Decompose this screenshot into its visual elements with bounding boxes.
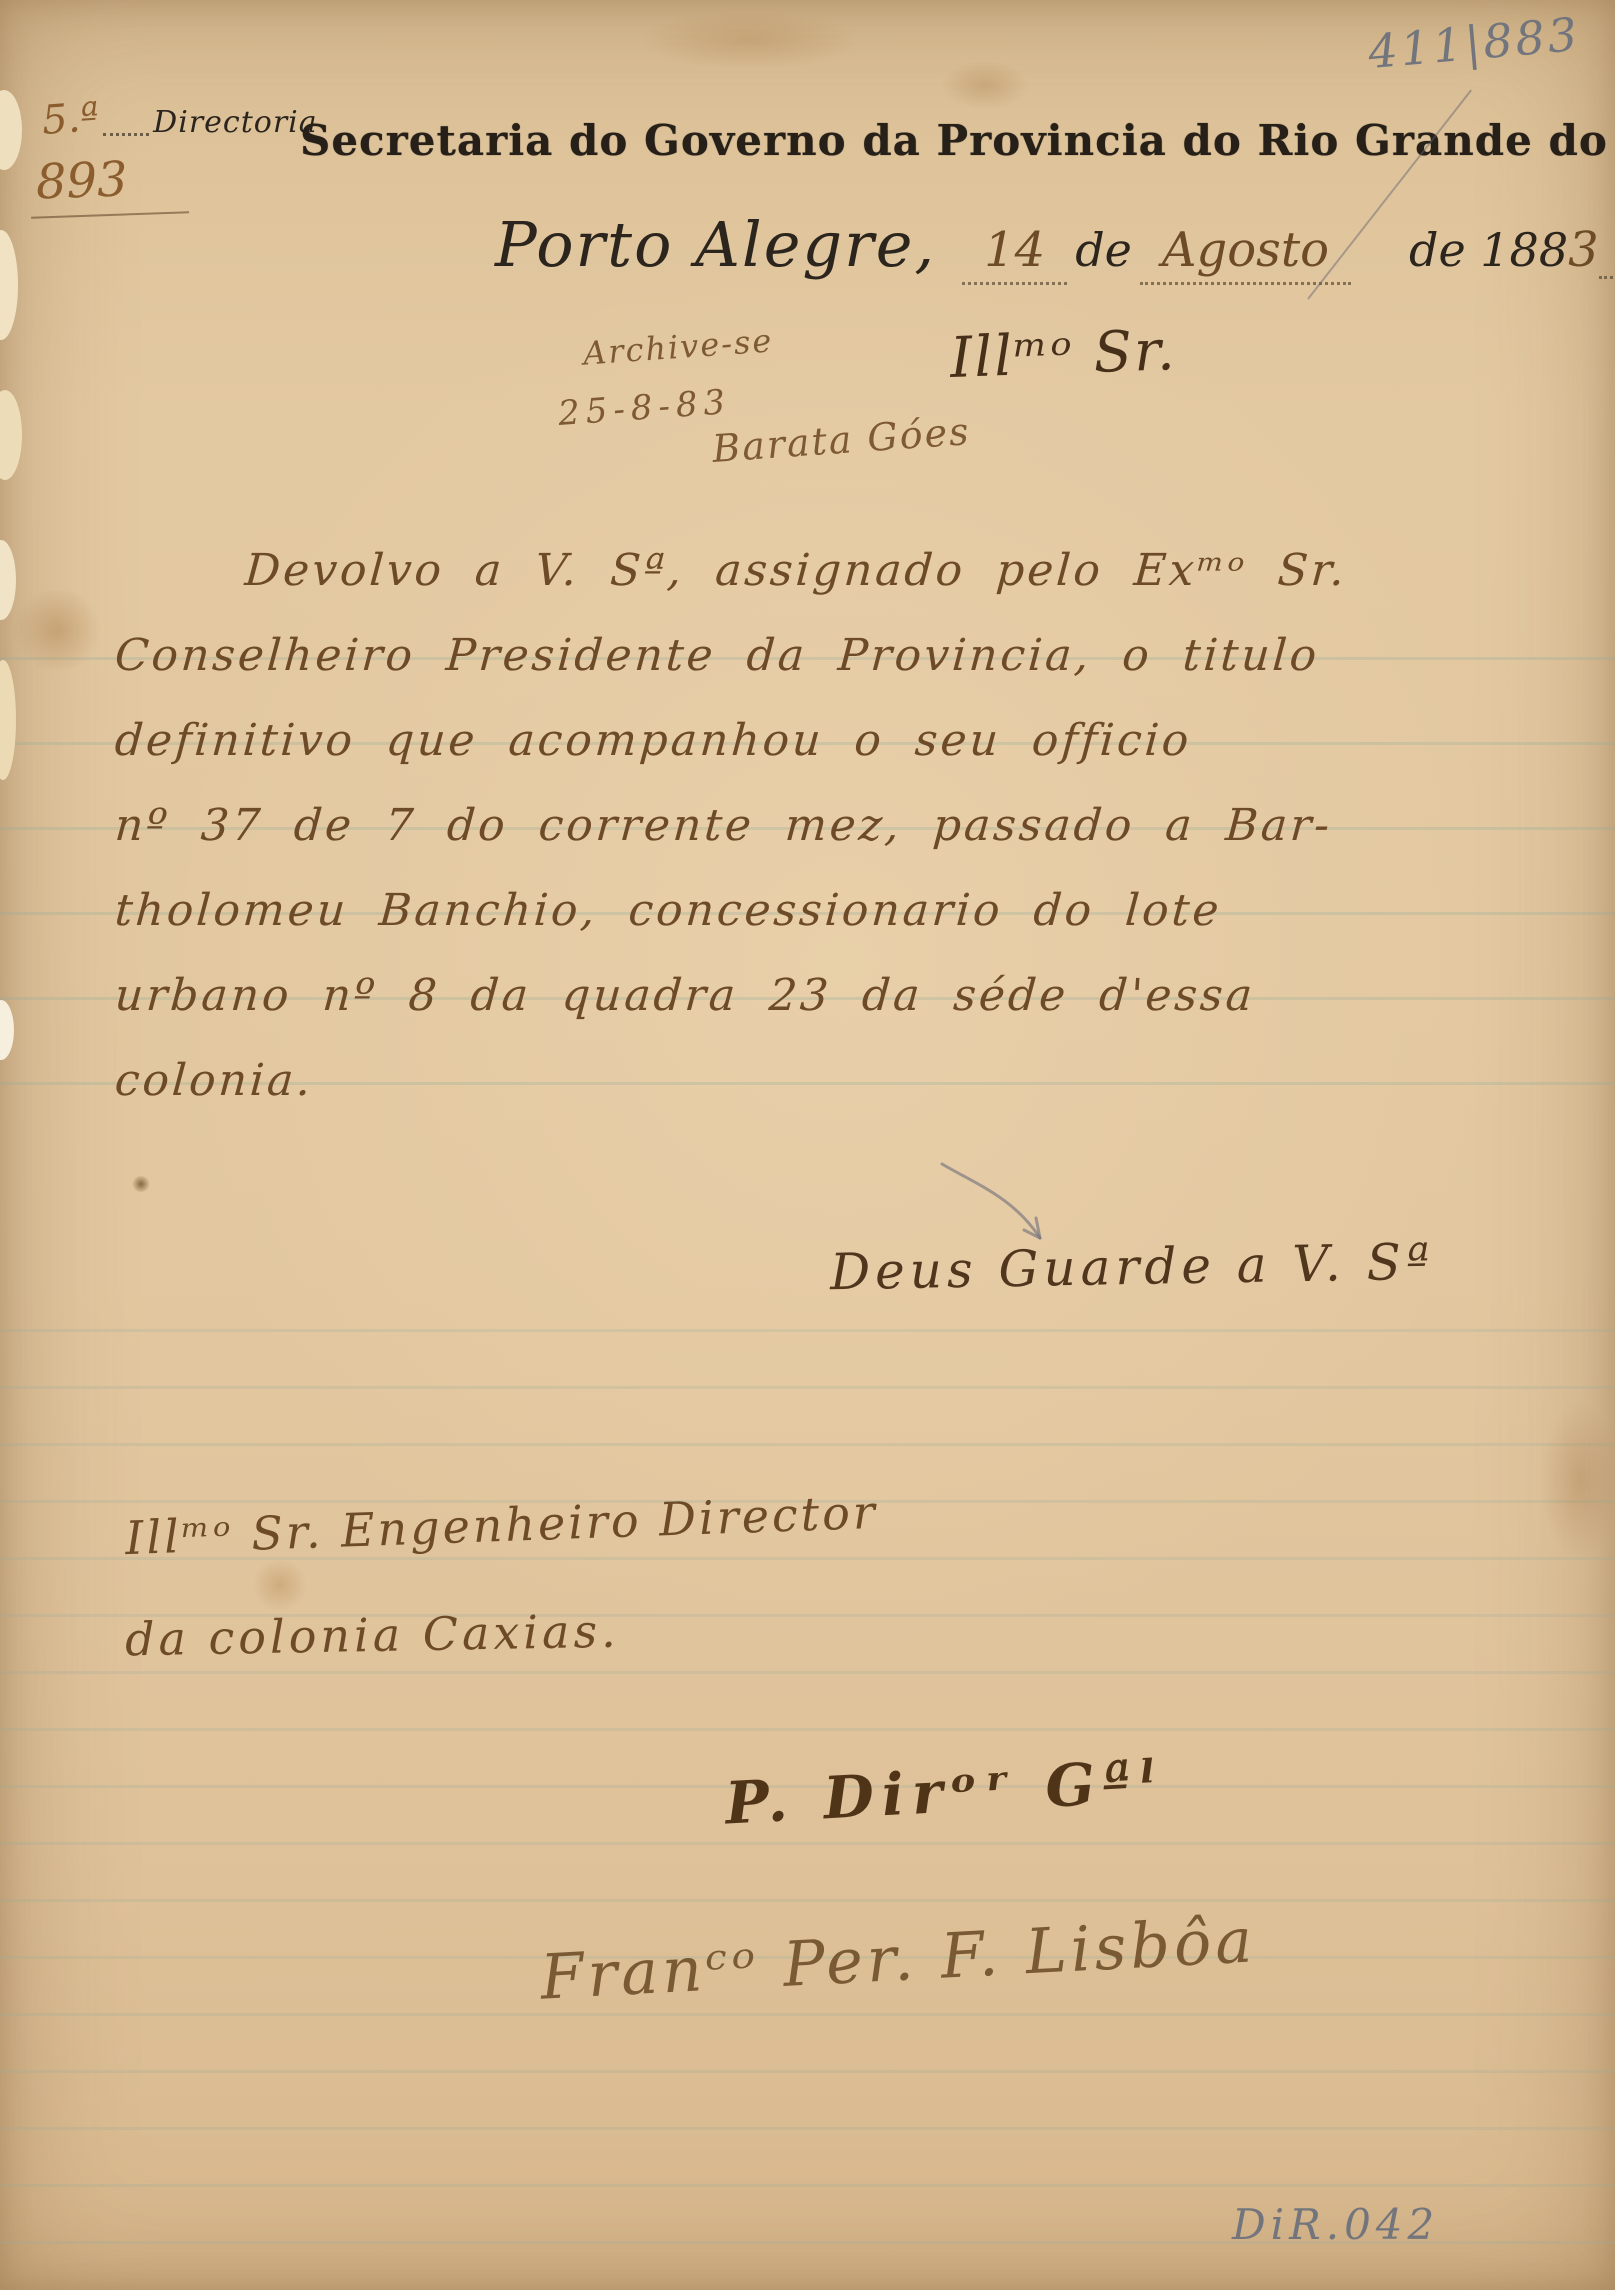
paper-stain (10, 590, 105, 670)
body-line: urbano nº 8 da quadra 23 da séde d'essa (112, 953, 1350, 1038)
dateline-place: Porto Alegre, (495, 208, 936, 281)
torn-edge (0, 1000, 14, 1060)
directorate-line: 5.ª Directoria (42, 96, 318, 142)
letter-body: Devolvo a V. Sª, assignado pelo Exᵐᵒ Sr.… (115, 528, 1347, 1123)
torn-edge (0, 540, 16, 620)
dateline-de: de (1075, 223, 1132, 277)
directorate-number: 5.ª (40, 94, 100, 144)
paper-stain (640, 10, 860, 70)
dateline-de-188: de 188 (1409, 223, 1568, 277)
torn-edge (0, 90, 22, 170)
body-line: Devolvo a V. Sª, assignado pelo Exᵐᵒ Sr. (112, 528, 1350, 613)
addressee-line-2: da colonia Caxias. (125, 1604, 621, 1667)
body-line: definitivo que acompanhou o seu officio (112, 698, 1350, 783)
letterhead-title: Secretaria do Governo da Provincia do Ri… (300, 116, 1600, 165)
torn-edge (0, 390, 22, 480)
body-line: colonia. (112, 1038, 1350, 1123)
directorate-label: Directoria (153, 105, 317, 140)
paper-stain (250, 1560, 310, 1610)
paper-stain (1540, 1400, 1615, 1560)
dotted-line (1599, 276, 1615, 279)
torn-edge (0, 660, 16, 780)
dispatch-order: Archive-se (582, 321, 775, 372)
signature-title: P. Dirᵒʳ Gªˡ (724, 1747, 1166, 1838)
addressee-line-1: Illᵐᵒ Sr. Engenheiro Director (124, 1485, 878, 1565)
dateline-day: 14 (962, 222, 1067, 285)
paper-stain (132, 1176, 150, 1192)
body-line: Conselheiro Presidente da Provincia, o t… (112, 613, 1350, 698)
archival-number-annotation: 411|883 (1366, 7, 1582, 79)
protocol-number: 893 (29, 149, 189, 218)
signature-name: Franᶜᵒ Per. F. Lisbôa (539, 1903, 1258, 2013)
dateline-year-digit: 3 (1568, 222, 1599, 278)
dateline-month: Agosto (1140, 222, 1351, 285)
body-line: tholomeu Banchio, concessionario do lote (112, 868, 1350, 953)
salutation: Illᵐᵒ Sr. (949, 318, 1178, 391)
dispatch-date: 25-8-83 (557, 382, 733, 434)
dispatch-signature: Barata Góes (711, 409, 972, 471)
manuscript-page: 411|883 5.ª Directoria 893 Secretaria do… (0, 0, 1615, 2290)
paper-stain (940, 60, 1030, 110)
torn-edge (0, 230, 18, 340)
valediction: Deus Guarde a V. Sª (830, 1233, 1436, 1302)
dateline: Porto Alegre, 14 de Agosto de 188 3 (495, 208, 1615, 285)
catalog-reference-annotation: DiR.042 (1232, 2200, 1439, 2249)
body-line: nº 37 de 7 do corrente mez, passado a Ba… (112, 783, 1350, 868)
dotted-line (103, 133, 149, 136)
